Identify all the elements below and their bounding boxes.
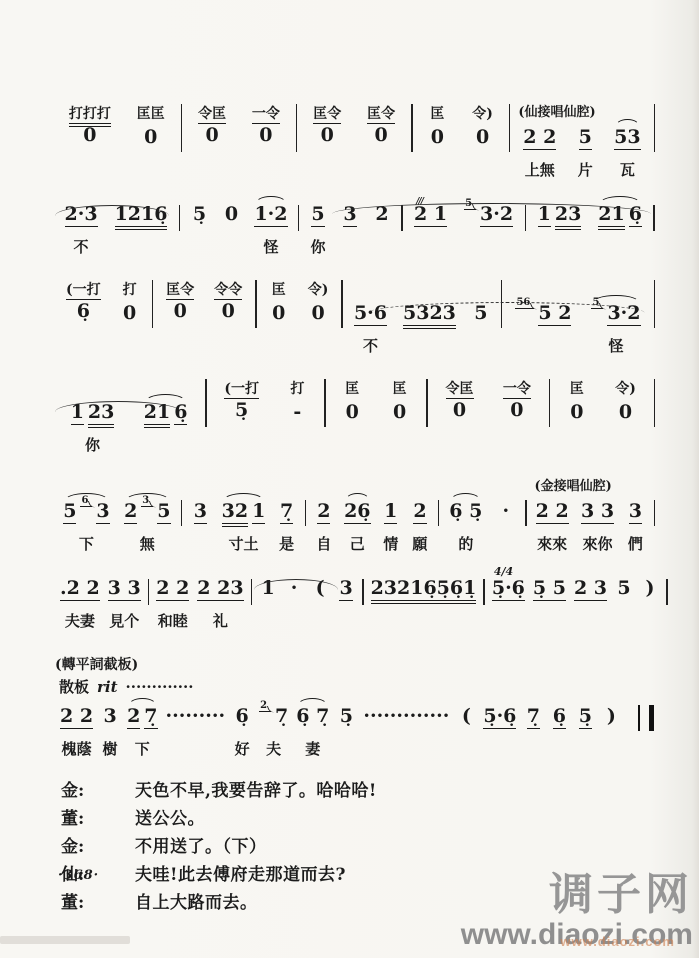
note-group: 0: [205, 124, 218, 154]
scan-artifact: [0, 936, 130, 944]
note-group: 235: [124, 500, 170, 530]
note-column: 5̣ 5: [533, 577, 566, 632]
note-token: -: [293, 401, 301, 423]
lyric: 不: [74, 236, 89, 258]
measure-columns: 5̣01·2怪: [182, 203, 295, 258]
note-token: .2 2: [60, 577, 100, 601]
note-group: 0: [222, 300, 235, 330]
lyric: 上無: [525, 159, 555, 181]
note-group: 27̣: [259, 705, 288, 735]
note-token: 6̣: [235, 705, 248, 727]
barline: [305, 500, 307, 526]
note-group: 5̣: [340, 705, 353, 735]
lyric: 見个: [109, 610, 139, 632]
music-system: 2·3不1216̣5̣01·2怪5你322 153·2123216̣: [55, 203, 657, 258]
note-group: 5̣: [579, 705, 592, 735]
note-group: 3: [194, 500, 207, 530]
measure: (一打5̣打-: [209, 379, 322, 456]
note-group: 6̣ 7̣: [296, 705, 329, 735]
note-column: 打0: [121, 280, 139, 357]
measure: 5·6不53235: [345, 280, 499, 357]
note-token: 0: [272, 302, 285, 324]
note-group: 3: [339, 577, 352, 607]
note-token: 2 2: [523, 126, 556, 150]
note-group: 5·6: [354, 302, 387, 332]
lyric: 們: [628, 533, 643, 555]
note-column: 1·2怪: [254, 203, 287, 258]
lyric: 的: [458, 533, 473, 555]
measure-columns: 123你216̣: [55, 379, 203, 456]
note-column: ): [602, 705, 620, 760]
note-token: 5·6: [354, 302, 387, 326]
percussion-syllable: 令令: [214, 280, 242, 300]
barline: [654, 280, 656, 328]
note-token: 5: [157, 500, 170, 524]
note-column: (: [457, 705, 475, 760]
note-group: 27̣: [127, 705, 157, 735]
note-token: 0: [374, 124, 387, 146]
measure: (金接唱仙腔)2 2來來3 3來你3們: [529, 478, 652, 555]
note-group: 6̣: [235, 705, 248, 735]
measure-columns: 匡0令)0: [415, 104, 507, 181]
measure: 23216̣5̣6̣1̣: [366, 577, 482, 632]
note-token: 1·2: [254, 203, 287, 227]
percussion-syllable: 令): [615, 379, 636, 401]
note-token: 0: [259, 124, 272, 146]
dialogue-speaker: 金:: [61, 838, 107, 856]
note-token: 0: [476, 126, 489, 148]
note-group: 0: [510, 399, 523, 429]
note-token: 5̣: [340, 705, 353, 727]
note-column: 7̣是: [278, 500, 296, 555]
note-column: 5̣: [190, 203, 208, 258]
note-column: 打打打0: [69, 104, 111, 181]
note-column: 匡令0: [313, 104, 341, 179]
note-group: 23216̣5̣6̣1̣: [371, 577, 477, 607]
note-group: 26̣: [344, 500, 370, 530]
grace-note: 3: [141, 495, 153, 507]
note-token: 0: [321, 124, 334, 146]
lyric: 夫妻: [65, 610, 95, 632]
measure: .2 2夫妻3 3見个: [55, 577, 146, 632]
note-column: 令)0: [472, 104, 493, 181]
note-column: 2自: [315, 500, 333, 555]
note-group: 2: [317, 500, 330, 530]
note-group: 7̣: [280, 500, 293, 530]
note-group: 0: [144, 126, 157, 156]
note-token: 0: [510, 399, 523, 421]
system-row: 2 2槐蔭3樹27̣下·········6̣好27̣夫6̣ 7̣妻5̣·····…: [55, 705, 657, 760]
note-group: 0: [259, 124, 272, 154]
note-token: 1: [384, 500, 397, 524]
note-column: 23216̣5̣6̣1̣: [371, 577, 477, 632]
measure: 匡0令)0: [415, 104, 507, 181]
music-system: 打打打0匡匡0令匡0一令0匡令0匡令0匡0令)0(仙接唱仙腔)2 2上無5片53…: [55, 104, 657, 181]
lyric: 寸土: [228, 533, 258, 555]
barline: [426, 379, 428, 427]
note-column: 4/45̣·6̣: [492, 577, 525, 632]
note-column: 令匡0: [198, 104, 226, 179]
note-group: 6̣: [553, 705, 566, 735]
vocal-cue: (金接唱仙腔): [535, 475, 612, 494]
percussion-syllable: 令): [308, 280, 329, 302]
note-token: 0: [453, 399, 466, 421]
note-token: 3: [194, 500, 207, 524]
note-group: -: [293, 401, 301, 431]
note-token: 3: [343, 203, 356, 227]
note-group: 53: [614, 126, 640, 156]
barline: [255, 280, 257, 328]
dialogue-text: 不用送了。（下）: [135, 838, 267, 856]
barline: [362, 579, 364, 605]
dialogue-line: 金:天色不早,我要告辞了。哈哈哈!: [61, 782, 657, 800]
note-token: 3: [96, 500, 109, 524]
measure: 2自26̣己1情2願: [308, 478, 435, 555]
note-token: 2: [413, 500, 426, 524]
note-column: 0: [222, 203, 240, 258]
note-column: 3 3來你: [581, 500, 614, 555]
note-group: 6̣ 5̣: [449, 500, 482, 530]
note-token: 5: [579, 126, 592, 150]
barline: [654, 104, 656, 152]
barline: [654, 500, 656, 526]
lyric: 不: [363, 335, 378, 357]
measure: 令匡0一令0: [184, 104, 294, 179]
note-column: 563下: [63, 500, 109, 555]
system-row: 123你216̣(一打5̣打-匡0匡0令匡0一令0匡0令)0: [55, 379, 657, 456]
note-group: 0: [174, 300, 187, 330]
note-group: 0: [393, 401, 406, 431]
measure-columns: 563下235無: [55, 500, 179, 555]
lyric: 礼: [213, 610, 228, 632]
page-number: ·368·: [58, 868, 99, 883]
music-system: 123你216̣(一打5̣打-匡0匡0令匡0一令0匡0令)0: [55, 379, 657, 456]
measure-columns: 2 2和睦2 23礼: [151, 577, 248, 632]
note-token: 2: [124, 500, 137, 524]
note-token: 5: [63, 500, 76, 524]
note-group: 5: [579, 126, 592, 156]
dialogue-line: 董:送公公。: [61, 810, 657, 828]
note-token: 6̣ 5̣: [449, 500, 482, 522]
system-row: (一打6̣打0匡令0令令0匡0令)05·6不53235565 253·2怪: [55, 280, 657, 357]
measure: 匡令0令令0: [155, 280, 253, 355]
note-column: 匡匡0: [137, 104, 165, 181]
lyric: 妻: [305, 738, 320, 760]
ritardando-marking: rit: [97, 678, 118, 696]
lyric: 槐蔭: [62, 738, 92, 760]
note-group: 2 2: [60, 705, 93, 735]
note-group: ·············: [363, 705, 449, 735]
note-column: ·········: [166, 705, 226, 760]
final-barline: [638, 705, 654, 731]
measure: 匡0令)0: [259, 280, 340, 357]
note-group: .2 2: [60, 577, 100, 607]
grace-note: 6: [80, 495, 92, 507]
note-column: 匡0: [568, 379, 586, 456]
note-token: 6̣: [77, 300, 90, 322]
note-group: 5̣ 5: [533, 577, 566, 607]
note-group: 0: [272, 302, 285, 332]
measure-columns: 6̣ 5̣的·: [441, 500, 523, 555]
note-column: 53·2怪: [591, 280, 640, 357]
measure: 匡0匡0: [328, 379, 425, 456]
note-column: 6̣好: [233, 705, 251, 760]
note-column: 匡令0: [367, 104, 395, 179]
percussion-syllable: 匡: [272, 280, 286, 302]
note-column: 2 2來來: [536, 500, 569, 555]
note-token: 1: [252, 500, 265, 524]
note-group: 563: [63, 500, 109, 530]
percussion-syllable: 匡: [570, 379, 584, 401]
percussion-syllable: 匡: [430, 104, 444, 126]
note-column: 3 3見个: [108, 577, 141, 632]
measure-columns: 令匡0一令0: [430, 379, 547, 454]
note-column: 2 23礼: [197, 577, 243, 632]
note-group: 7̣: [527, 705, 540, 735]
note-token: 0: [222, 300, 235, 322]
measure: 匡0令)0: [552, 379, 651, 456]
percussion-syllable: 打打打: [69, 104, 111, 124]
note-column: 5̣: [576, 705, 594, 760]
percussion-syllable: 一令: [252, 104, 280, 124]
note-column: 2願: [411, 500, 429, 555]
note-token: 0: [83, 124, 96, 146]
lyric: 你: [311, 236, 326, 258]
note-column: 5323: [403, 280, 456, 357]
barline: [324, 379, 326, 427]
note-group: 0: [431, 126, 444, 156]
measure: 563下235無: [55, 478, 179, 555]
note-column: 5: [615, 577, 633, 632]
note-group: 321: [222, 500, 266, 530]
lyric: 下: [135, 738, 150, 760]
note-group: 0: [476, 126, 489, 156]
note-column: [628, 705, 654, 760]
note-token: 5̣: [235, 399, 248, 421]
note-token: 26̣: [344, 500, 370, 524]
percussion-syllable: 匡: [345, 379, 359, 401]
note-group: 6̣: [77, 300, 90, 330]
percussion-syllable: 打: [123, 280, 137, 302]
dialogue-text: 送公公。: [135, 810, 205, 828]
note-group: 0: [83, 124, 96, 154]
note-token: 0: [619, 401, 632, 423]
lyric: 怪: [263, 236, 278, 258]
lyric: 願: [412, 533, 427, 555]
barline: [296, 104, 298, 152]
music-system: (一打6̣打0匡令0令令0匡0令)05·6不53235565 253·2怪: [55, 280, 657, 357]
note-token: ): [646, 577, 655, 599]
note-token: 0: [144, 126, 157, 148]
measure-columns: 2自26̣己1情2願: [308, 500, 435, 555]
note-token: 6̣: [553, 705, 566, 729]
note-token: 7̣: [280, 500, 293, 524]
note-token: 5̣·6̣: [483, 705, 516, 729]
note-token: 3: [629, 500, 642, 524]
note-column: 5̣·6̣: [483, 705, 516, 760]
note-group: ): [646, 577, 655, 607]
note-column: ·············: [363, 705, 449, 760]
note-column: 令令0: [214, 280, 242, 355]
percussion-syllable: 令匡: [446, 379, 474, 399]
note-token: 7̣: [275, 705, 288, 727]
note-column: ·: [497, 500, 515, 555]
measure-columns: 23216̣5̣6̣1̣: [366, 577, 482, 632]
dialogue-speaker: 董:: [61, 810, 107, 828]
note-token: 0: [570, 401, 583, 423]
score-page: 打打打0匡匡0令匡0一令0匡令0匡令0匡0令)0(仙接唱仙腔)2 2上無5片53…: [0, 0, 699, 958]
note-column: 6̣ 7̣妻: [296, 705, 329, 760]
watermark-ghost-text: www.diaozi.com: [560, 935, 675, 949]
lyric: 己: [350, 533, 365, 555]
note-token: 5: [311, 203, 324, 227]
note-group: 5: [617, 577, 630, 607]
note-group: 0: [123, 302, 136, 332]
note-token: 2 23: [197, 577, 243, 601]
note-token: 5̣: [579, 705, 592, 729]
dialogue-line: 金:不用送了。（下）: [61, 838, 657, 856]
note-group: ·: [502, 500, 509, 530]
note-token: 0: [393, 401, 406, 423]
note-column: 打-: [288, 379, 306, 456]
lyric: 瓦: [620, 159, 635, 181]
note-column: 321寸土: [222, 500, 266, 555]
note-token: 2 2: [536, 500, 569, 524]
percussion-syllable: (一打: [66, 280, 101, 300]
note-token: 2 2: [60, 705, 93, 729]
measure: (仙接唱仙腔)2 2上無5片53瓦: [512, 104, 651, 181]
note-group: 5̣·6̣: [483, 705, 516, 735]
note-token: (: [462, 705, 471, 727]
barline: [666, 579, 668, 605]
dialogue-text: 自上大路而去。: [135, 894, 258, 912]
lyric: 是: [279, 533, 294, 555]
note-token: 5: [617, 577, 630, 599]
note-group: 0: [374, 124, 387, 154]
measure-columns: 565 253·2怪: [504, 280, 651, 357]
barline: [438, 500, 440, 526]
tempo-marking: 散板rit·············: [59, 676, 657, 697]
note-column: 3: [191, 500, 209, 555]
watermark-site-name: 调子网: [461, 872, 693, 918]
note-column: 3們: [626, 500, 644, 555]
note-token: 32: [222, 500, 248, 524]
dialogue-speaker: 董:: [61, 894, 107, 912]
lyric: 下: [79, 533, 94, 555]
note-column: 令)0: [615, 379, 636, 456]
measure-columns: 令匡0一令0: [184, 104, 294, 179]
measure-columns: (一打6̣打0: [55, 280, 150, 357]
lyric: 怪: [608, 335, 623, 357]
note-token: 0: [346, 401, 359, 423]
barline: [341, 280, 343, 328]
watermark-url: www.diaozi.com www.diaozi.com: [461, 919, 693, 951]
note-column: 一令0: [252, 104, 280, 179]
note-column: 5·6不: [354, 280, 387, 357]
note-column: 2 3: [574, 577, 607, 632]
note-column: 216̣: [144, 379, 188, 456]
percussion-syllable: 一令: [503, 379, 531, 399]
note-group: 5: [311, 203, 324, 233]
tempo-label: 散板: [59, 676, 89, 697]
barline: [251, 579, 253, 605]
note-column: 3: [337, 577, 355, 632]
note-group: 0: [346, 401, 359, 431]
note-token: 5̣ 5: [533, 577, 566, 601]
percussion-syllable: 匡令: [166, 280, 194, 300]
system-row: .2 2夫妻3 3見个2 2和睦2 23礼1·(323216̣5̣6̣1̣4/4…: [55, 577, 657, 632]
note-token: 3: [339, 577, 352, 601]
percussion-syllable: 匡匡: [137, 104, 165, 126]
note-token: 3 3: [581, 500, 614, 524]
measure-columns: 匡0令)0: [259, 280, 340, 357]
measure: 匡令0匡令0: [299, 104, 409, 179]
measure: 565 253·2怪: [504, 280, 651, 357]
measure: 4/45̣·6̣5̣ 52 35): [487, 577, 664, 632]
note-token: ·············: [363, 705, 449, 727]
measure-columns: 4/45̣·6̣5̣ 52 35): [487, 577, 664, 632]
lyric: 自: [316, 533, 331, 555]
note-group: 0: [225, 203, 238, 233]
lyric: 來來: [537, 533, 567, 555]
barline: [181, 104, 183, 152]
measure-columns: (一打5̣打-: [209, 379, 322, 456]
note-token: ): [607, 705, 616, 727]
percussion-syllable: 打: [290, 379, 304, 401]
note-token: 3: [103, 705, 116, 727]
lyric: 你: [85, 434, 100, 456]
note-column: 26̣己: [344, 500, 370, 555]
note-column: ): [641, 577, 659, 632]
note-group: 3 3: [581, 500, 614, 530]
barline: [181, 500, 183, 526]
system-row: 打打打0匡匡0令匡0一令0匡令0匡令0匡0令)0(仙接唱仙腔)2 2上無5片53…: [55, 104, 657, 181]
percussion-syllable: 匡: [393, 379, 407, 401]
note-group: 2 3: [574, 577, 607, 607]
measure-columns: 匡0匡0: [328, 379, 425, 456]
note-group: 0: [321, 124, 334, 154]
note-column: .2 2夫妻: [60, 577, 100, 632]
note-group: 5̣: [235, 399, 248, 429]
note-column: 123你: [71, 379, 115, 456]
note-group: 2 2: [156, 577, 189, 607]
note-token: 2 2: [156, 577, 189, 601]
measure: 2 2和睦2 23礼: [151, 577, 248, 632]
note-token: 0: [174, 300, 187, 322]
percussion-syllable: (一打: [224, 379, 259, 399]
note-column: 6̣ 5̣的: [449, 500, 482, 555]
measure: 6̣ 5̣的·: [441, 478, 523, 555]
barline: [298, 205, 300, 231]
note-token: 53: [614, 126, 640, 150]
note-column: 5̣: [337, 705, 355, 760]
measure-columns: 2 2來來3 3來你3們: [529, 500, 652, 555]
barline: [152, 280, 154, 328]
measure: (一打6̣打0: [55, 280, 150, 357]
barline: [509, 104, 511, 152]
measure-columns: 3321寸土7̣是: [184, 500, 303, 555]
note-column: 7̣: [524, 705, 542, 760]
dialogue-text: 天色不早,我要告辞了。哈哈哈!: [135, 782, 377, 800]
note-column: 565 2: [515, 280, 571, 357]
note-group: 2 23: [197, 577, 243, 607]
note-token: 7̣: [527, 705, 540, 729]
measure-columns: 匡令0匡令0: [299, 104, 409, 179]
note-token: 2 3: [574, 577, 607, 601]
barline: [148, 579, 150, 605]
barline: [525, 500, 527, 526]
note-token: 0: [205, 124, 218, 146]
